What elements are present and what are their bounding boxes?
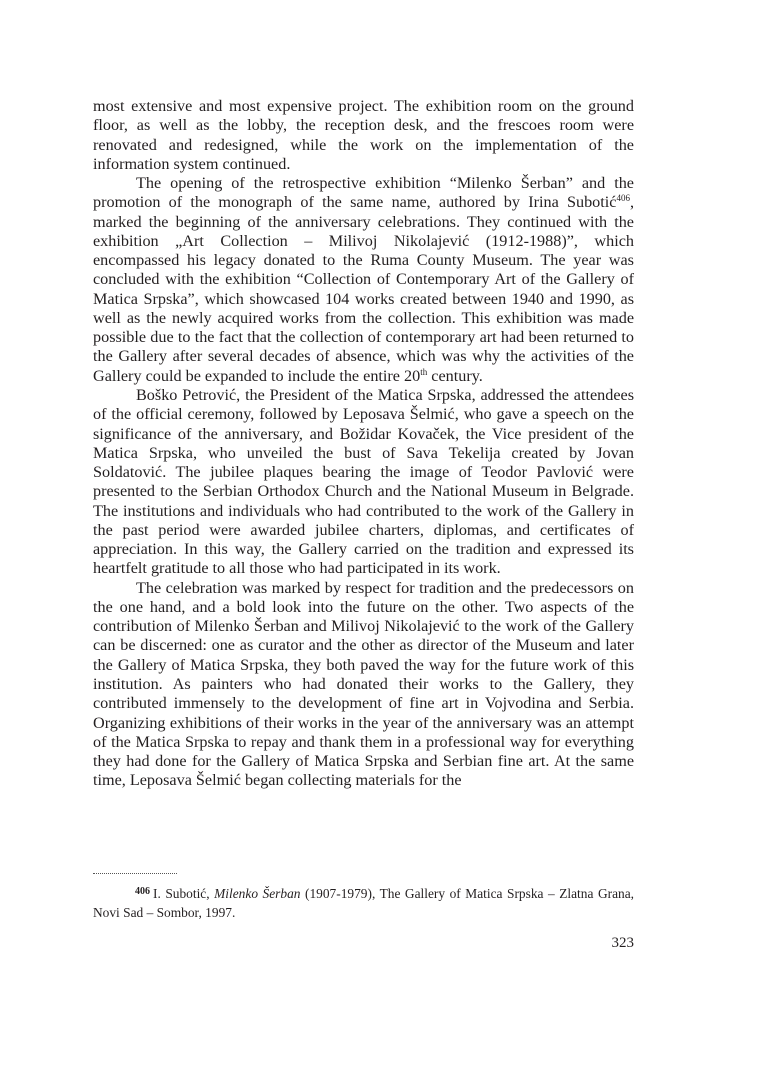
footnote-reference-406[interactable]: 406: [616, 193, 630, 203]
paragraph-2-text-a: The opening of the retrospective exhibit…: [93, 174, 634, 211]
footnote-separator: [93, 873, 177, 874]
page-number: 323: [560, 933, 634, 953]
footnote-text-a: I. Subotić,: [153, 886, 214, 901]
footnote-book-title: Milenko Šerban: [214, 886, 300, 901]
page-body: most extensive and most expensive projec…: [93, 97, 634, 791]
paragraph-1: most extensive and most expensive projec…: [93, 97, 634, 174]
footnote-number: 406: [135, 886, 150, 897]
paragraph-2-text-b: , marked the beginning of the anniversar…: [93, 193, 634, 384]
footnote-406: 406I. Subotić, Milenko Šerban (1907-1979…: [93, 884, 634, 922]
paragraph-2: The opening of the retrospective exhibit…: [93, 174, 634, 386]
paragraph-3: Boško Petrović, the President of the Mat…: [93, 386, 634, 579]
paragraph-2-text-c: century.: [427, 367, 483, 385]
footnotes: 406I. Subotić, Milenko Šerban (1907-1979…: [93, 884, 634, 922]
body-text: most extensive and most expensive projec…: [93, 97, 634, 791]
paragraph-4: The celebration was marked by respect fo…: [93, 579, 634, 791]
